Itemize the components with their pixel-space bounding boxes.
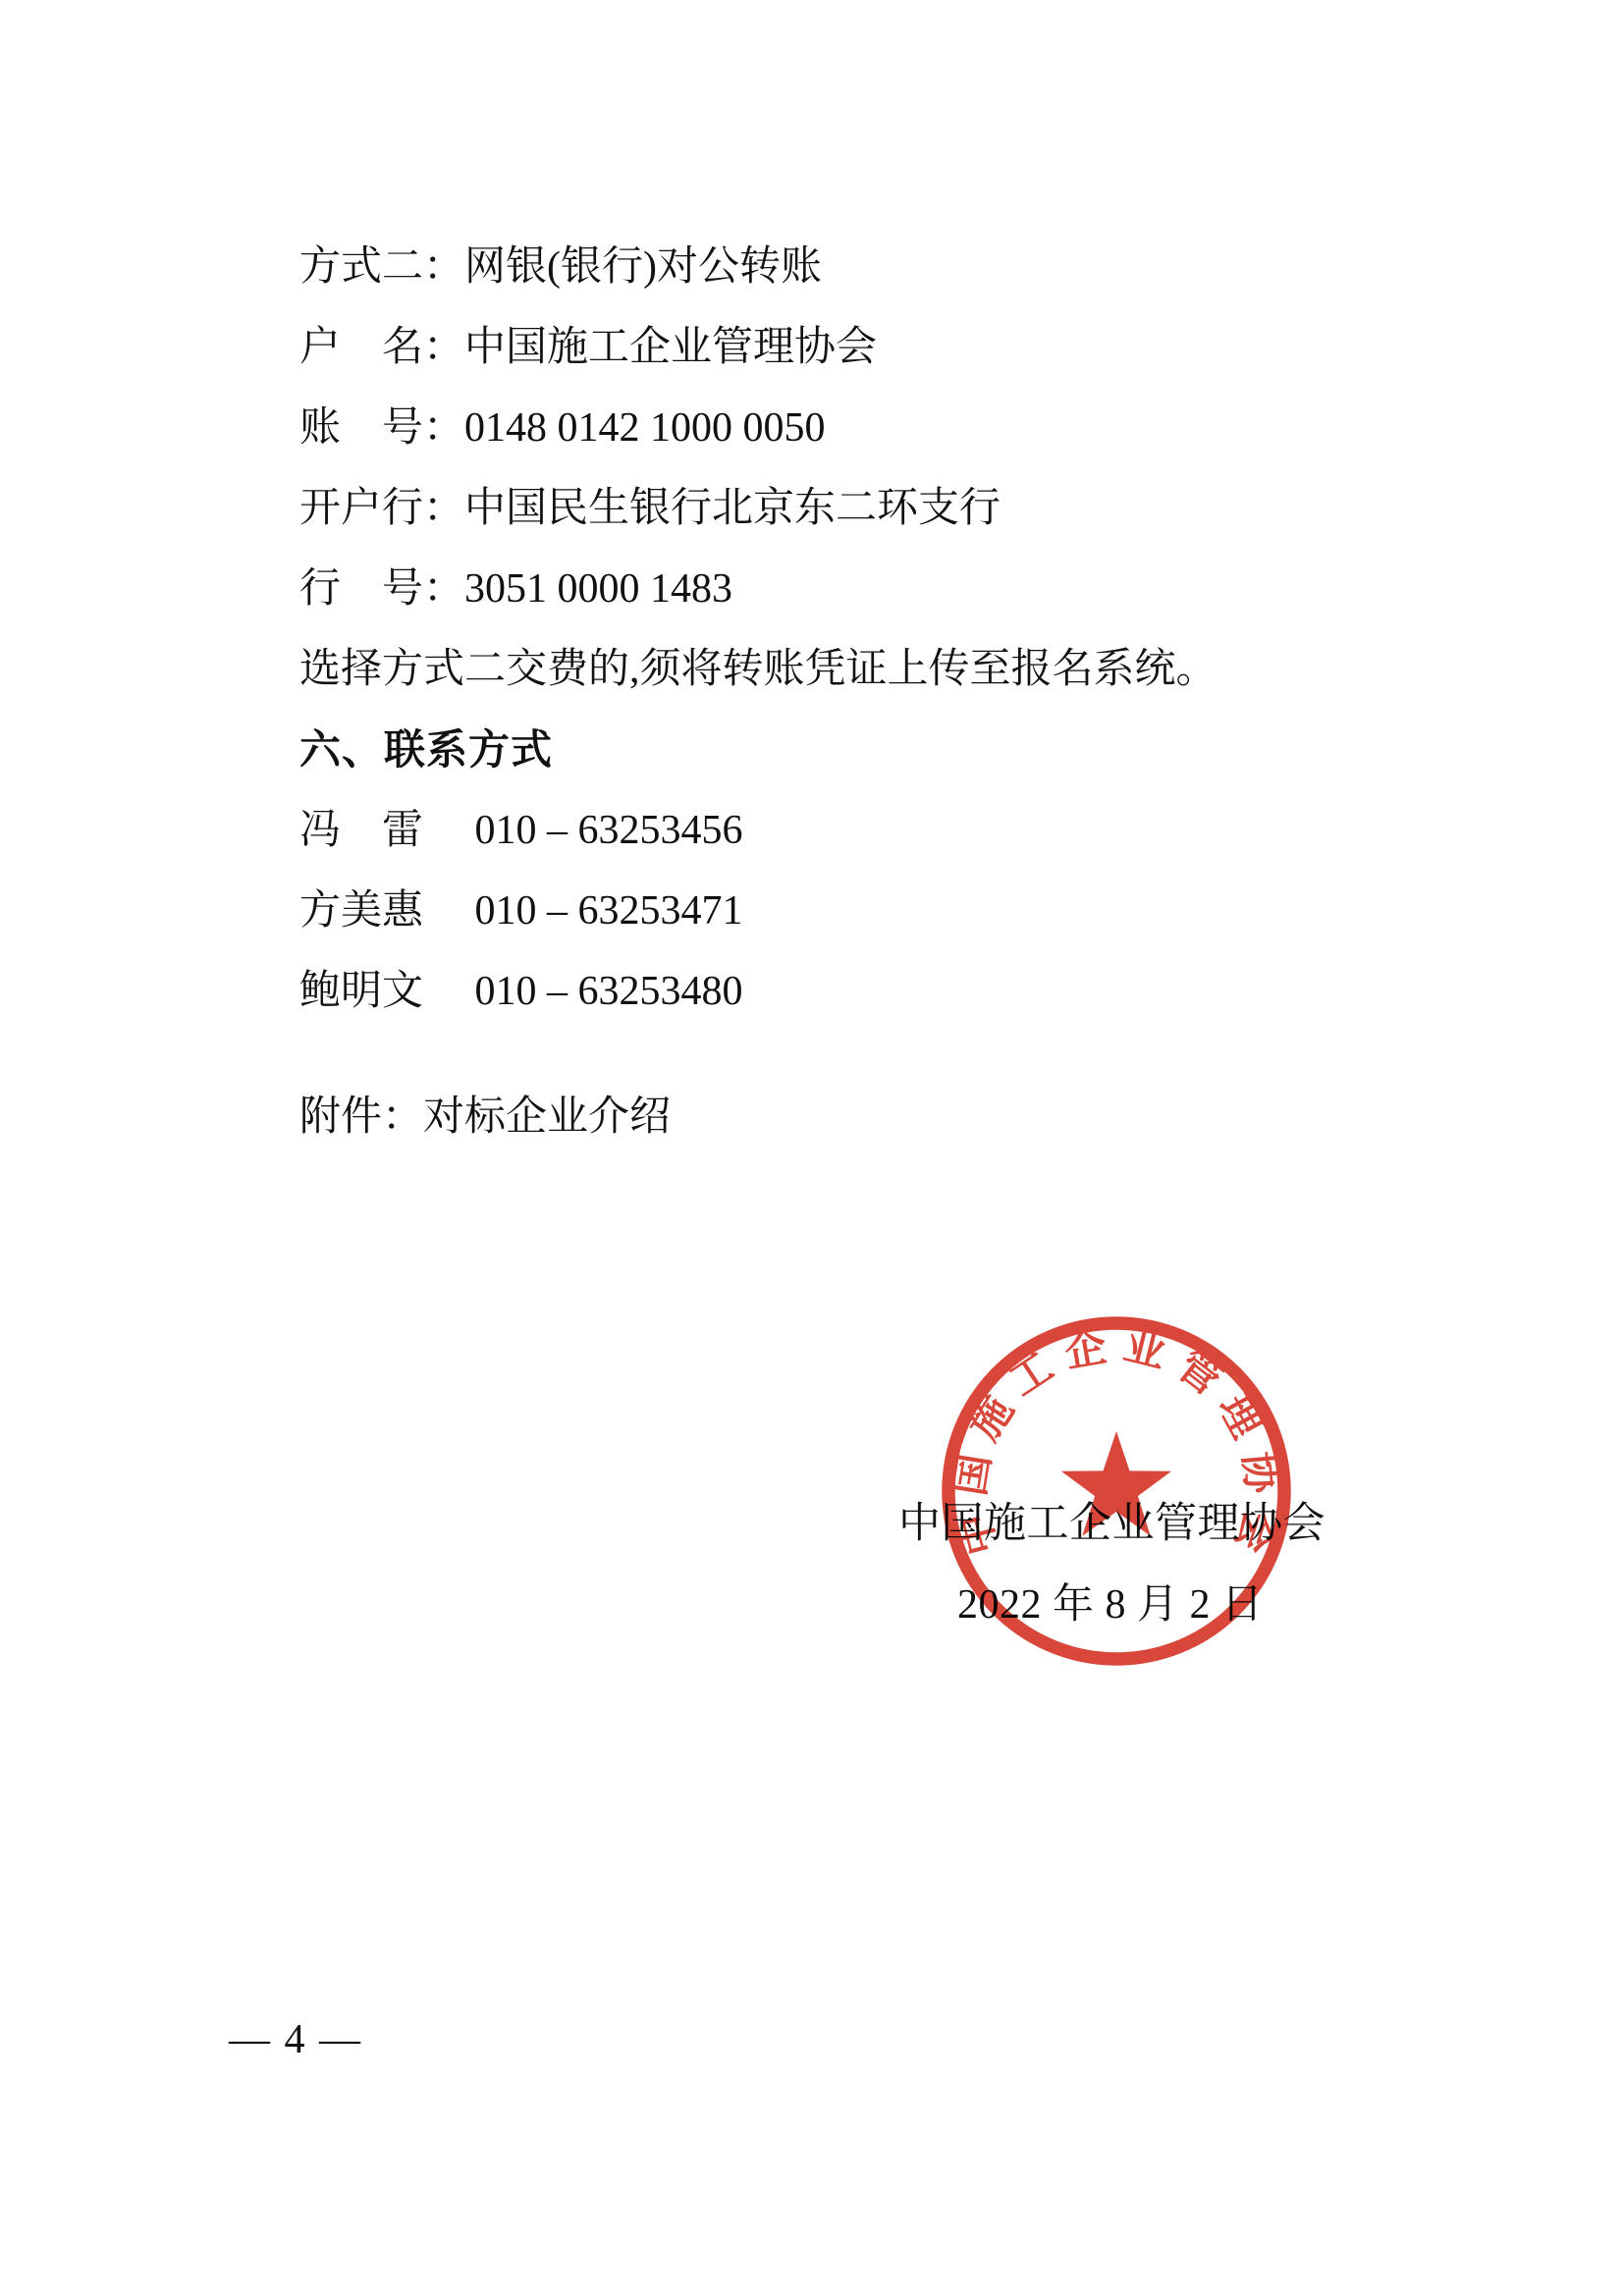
bank-code-line: 行 号：3051 0000 1483 <box>299 549 1380 629</box>
contact-row: 冯 雷 010 – 63253456 <box>299 790 1380 871</box>
official-seal: 中国施工企业管理协会 <box>920 1295 1313 1687</box>
attachment-line: 附件：对标企业介绍 <box>299 1077 1380 1157</box>
account-number-line: 账 号：0148 0142 1000 0050 <box>299 388 1380 468</box>
section-heading-contacts: 六、联系方式 <box>299 710 1380 790</box>
bank-branch-line: 开户行：中国民生银行北京东二环支行 <box>299 468 1380 549</box>
contact-name: 冯 雷 <box>299 790 423 871</box>
contact-row: 鲍明文 010 – 63253480 <box>299 951 1380 1032</box>
document-page: 方式二：网银(银行)对公转账 户 名：中国施工企业管理协会 账 号：0148 0… <box>0 0 1623 2296</box>
page-number: — 4 — <box>229 2019 360 2060</box>
account-name-line: 户 名：中国施工企业管理协会 <box>299 307 1380 388</box>
contact-phone: 010 – 63253480 <box>475 969 743 1014</box>
payment-method-line: 方式二：网银(银行)对公转账 <box>299 227 1380 307</box>
seal-star-icon <box>1061 1431 1171 1536</box>
contact-row: 方美惠 010 – 63253471 <box>299 871 1380 951</box>
contact-phone: 010 – 63253456 <box>475 808 743 853</box>
contact-name: 方美惠 <box>299 871 423 951</box>
document-body: 方式二：网银(银行)对公转账 户 名：中国施工企业管理协会 账 号：0148 0… <box>299 227 1380 1157</box>
contact-phone: 010 – 63253471 <box>475 888 743 934</box>
contact-name: 鲍明文 <box>299 951 423 1032</box>
payment-note-line: 选择方式二交费的,须将转账凭证上传至报名系统。 <box>299 629 1380 710</box>
